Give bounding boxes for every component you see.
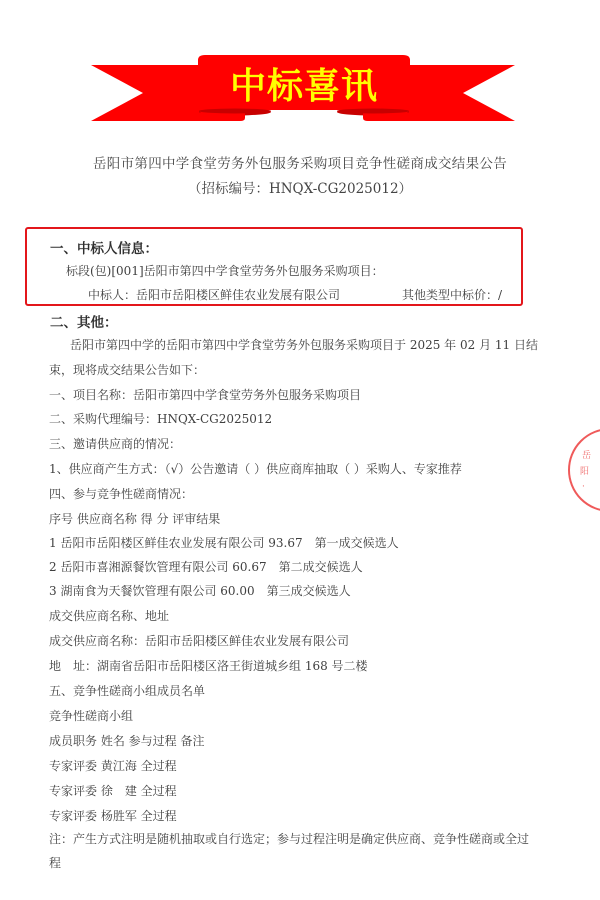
- table-row: 专家评委 黄江海 全过程: [49, 757, 177, 774]
- winner-name: 中标人：岳阳市岳阳楼区鲜佳农业发展有限公司: [88, 286, 340, 303]
- intro-line-1: 岳阳市第四中学的岳阳市第四中学食堂劳务外包服务采购项目于 2025 年 02 月…: [70, 336, 538, 353]
- other-heading: 二、其他：: [50, 311, 118, 331]
- deal-supplier-heading: 成交供应商名称、地址: [49, 607, 169, 624]
- table-row: 专家评委 杨胜军 全过程: [49, 807, 177, 824]
- project-name: 一、项目名称：岳阳市第四中学食堂劳务外包服务采购项目: [49, 386, 361, 403]
- agency-code: 二、采购代理编号：HNQX-CG2025012: [49, 410, 272, 427]
- stamp-char: 岳: [582, 448, 591, 461]
- note-line-1: 注：产生方式注明是随机抽取或自行选定；参与过程注明是确定供应商、竞争性磋商或全过: [49, 830, 529, 847]
- winning-bid-banner: 中标喜讯: [0, 0, 600, 130]
- document-title: 岳阳市第四中学食堂劳务外包服务采购项目竞争性磋商成交结果公告: [0, 152, 600, 172]
- official-seal-stamp: 岳 阳 ·: [568, 428, 600, 512]
- winner-info-heading: 一、中标人信息：: [50, 237, 158, 257]
- results-table-header: 序号 供应商名称 得 分 评审结果: [49, 510, 220, 527]
- winning-price: 其他类型中标价：/: [402, 286, 502, 303]
- table-row: 2 岳阳市喜湘源餐饮管理有限公司 60.67 第二成交候选人: [49, 558, 363, 575]
- invited-suppliers-heading: 三、邀请供应商的情况：: [49, 435, 181, 452]
- participation-heading: 四、参与竞争性磋商情况：: [49, 485, 193, 502]
- table-row: 3 湖南食为天餐饮管理有限公司 60.00 第三成交候选人: [49, 582, 351, 599]
- panel-table-header: 成员职务 姓名 参与过程 备注: [49, 732, 204, 749]
- intro-line-2: 束，现将成交结果公告如下：: [49, 361, 205, 378]
- table-row: 1 岳阳市岳阳楼区鲜佳农业发展有限公司 93.67 第一成交候选人: [49, 534, 399, 551]
- deal-supplier-name: 成交供应商名称：岳阳市岳阳楼区鲜佳农业发展有限公司: [49, 632, 349, 649]
- lot-description: 标段(包)[001]岳阳市第四中学食堂劳务外包服务采购项目：: [66, 262, 384, 279]
- stamp-char: ·: [582, 482, 585, 492]
- panel-heading: 五、竞争性磋商小组成员名单: [49, 682, 205, 699]
- bid-code: （招标编号：HNQX-CG2025012）: [0, 177, 600, 197]
- supplier-method: 1、供应商产生方式：（√）公告邀请（ ）供应商库抽取（ ）采购人、专家推荐: [49, 460, 462, 477]
- panel-name: 竞争性磋商小组: [49, 707, 133, 724]
- table-row: 专家评委 徐 建 全过程: [49, 782, 177, 799]
- stamp-char: 阳: [580, 464, 589, 477]
- deal-supplier-address: 地 址：湖南省岳阳市岳阳楼区洛王街道城乡组 168 号二楼: [49, 657, 368, 674]
- note-line-2: 程: [49, 854, 61, 871]
- banner-title: 中标喜讯: [198, 55, 410, 111]
